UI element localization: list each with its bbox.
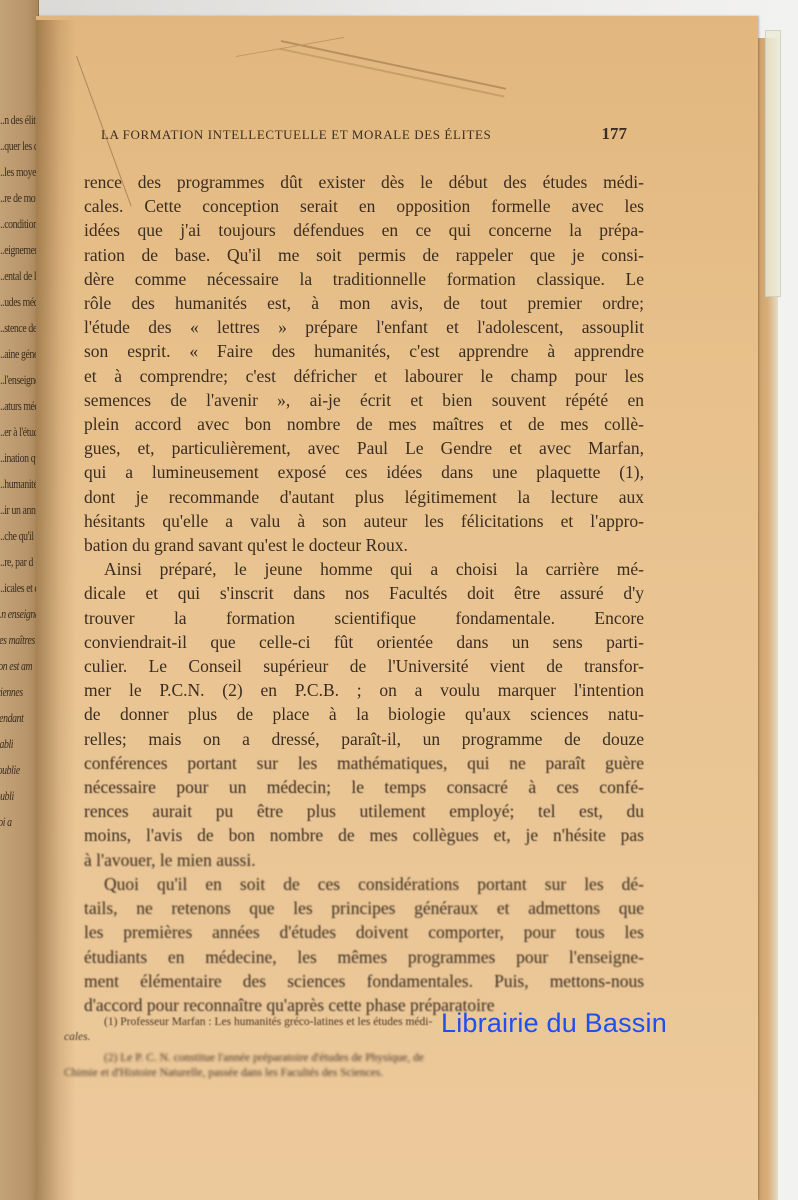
text-line: trouver la formation scientifique fondam… <box>84 606 644 630</box>
facing-page-text-fragment: ...che qu'il <box>0 528 34 544</box>
text-line: semences de l'avenir », ai-je écrit et b… <box>84 388 644 412</box>
text-line: relles; mais on a dressé, paraît-il, un … <box>84 727 644 751</box>
text-line: dère comme nécessaire la traditionnelle … <box>84 267 644 291</box>
facing-page-text-fragment: ...es maîtres <box>0 632 35 648</box>
facing-page-text-fragment: ...icales et d <box>0 580 39 596</box>
page-tear-mark <box>281 40 506 90</box>
text-line: conviendrait-il que celle-ci fût orienté… <box>84 630 644 654</box>
facing-page-text-fragment: ...re de mon <box>0 190 39 206</box>
text-line: Ainsi préparé, le jeune homme qui a choi… <box>84 557 644 581</box>
text-line: et à comprendre; c'est défricher et labo… <box>84 364 644 388</box>
facing-page-text-fragment: ...s oublie <box>0 762 19 778</box>
body-text: rence des programmes dût exister dès le … <box>84 170 644 1017</box>
gutter-shadow <box>36 20 76 1200</box>
text-line: ment élémentaire des sciences fondamenta… <box>84 969 644 993</box>
facing-page-text-fragment: ...ir un anné <box>0 502 39 518</box>
facing-page-text-fragment: ...ental de la <box>0 268 39 284</box>
text-line: rences aurait pu être plus utilement emp… <box>84 799 644 823</box>
facing-page-text-fragment: ...quoi a <box>0 814 11 830</box>
facing-page-fragment: ...n des élites...quer les dons...les mo… <box>0 0 39 1200</box>
text-line: idées que j'ai toujours défendues en ce … <box>84 218 644 242</box>
footnote-1-line-1: (1) Professeur Marfan : Les humanités gr… <box>104 1016 432 1028</box>
facing-page-text-fragment: ...l'enseignem <box>0 372 39 388</box>
text-line: rôle des humanités est, à mon avis, de t… <box>84 291 644 315</box>
text-line: conférences portant sur les mathématique… <box>84 751 644 775</box>
footnote-2: (2) Le P. C. N. constitue l'année prépar… <box>84 1051 654 1081</box>
watermark-librairie-du-bassin: Librairie du Bassin <box>441 1008 667 1039</box>
text-line: l'étude des « lettres » prépare l'enfant… <box>84 315 644 339</box>
facing-page-text-fragment: ...on est am <box>0 658 32 674</box>
text-line: à l'avouer, le mien aussi. <box>84 848 644 872</box>
text-line: culier. Le Conseil supérieur de l'Univer… <box>84 654 644 678</box>
text-line: dont je recommande d'autant plus légitim… <box>84 485 644 509</box>
footnote-2-line-2: Chimie et d'Histoire Naturelle, passée d… <box>64 1066 383 1081</box>
text-line: cales. Cette conception serait en opposi… <box>84 194 644 218</box>
text-line: étudiants en médecine, les mêmes program… <box>84 945 644 969</box>
text-line: les premières années d'études doivent co… <box>84 920 644 944</box>
text-line: Quoi qu'il en soit de ces considérations… <box>84 872 644 896</box>
page-number: 177 <box>602 124 628 144</box>
facing-page-text-fragment: ...ciennes <box>0 684 23 700</box>
paragraph: rence des programmes dût exister dès le … <box>84 170 644 557</box>
facing-page-text-fragment: ...aine génér <box>0 346 39 362</box>
facing-page-text-fragment: ...humanité <box>0 476 37 492</box>
page-tear-mark-secondary <box>236 37 345 57</box>
paragraph: Quoi qu'il en soit de ces considérations… <box>84 872 644 1017</box>
facing-page-text-fragment: ...les moyens d <box>0 164 39 180</box>
text-line: qui a lumineusement exposé ces idées dan… <box>84 460 644 484</box>
facing-page-text-fragment: ...cendant <box>0 710 23 726</box>
footnote-2-line-1: (2) Le P. C. N. constitue l'année prépar… <box>104 1052 424 1064</box>
paragraph: Ainsi préparé, le jeune homme qui a choi… <box>84 557 644 872</box>
text-line: gues, et, particulièrement, avec Paul Le… <box>84 436 644 460</box>
facing-page-text-fragment: ...eignement <box>0 242 39 258</box>
running-head: LA FORMATION INTELLECTUELLE ET MORALE DE… <box>101 124 627 144</box>
text-line: bation du grand savant qu'est le docteur… <box>84 533 644 557</box>
facing-page-text-fragment: ...s oubli <box>0 788 14 804</box>
text-line: moins, l'avis de bon nombre de mes collè… <box>84 823 644 847</box>
text-line: dicale et qui s'inscrit dans nos Faculté… <box>84 581 644 605</box>
facing-page-text-fragment: ...aturs méd <box>0 398 39 414</box>
facing-page-text-fragment: ...établi <box>0 736 13 752</box>
facing-page-text-fragment: ...udes médic <box>0 294 39 310</box>
facing-page-text-fragment: ...n enseigne <box>0 606 38 622</box>
text-line: plein accord avec bon nombre de mes maît… <box>84 412 644 436</box>
text-line: tails, ne retenons que les principes gén… <box>84 896 644 920</box>
text-line: hésitants qu'elle a valu à son auteur le… <box>84 509 644 533</box>
text-line: mer le P.C.N. (2) en P.C.B. ; on a voulu… <box>84 678 644 702</box>
text-line: nécessaire pour un médecin; le temps con… <box>84 775 644 799</box>
running-head-title: LA FORMATION INTELLECTUELLE ET MORALE DE… <box>101 127 491 143</box>
facing-page-text-fragment: ...quer les dons <box>0 138 39 154</box>
text-line: ration de base. Qu'il me soit permis de … <box>84 243 644 267</box>
facing-page-text-fragment: ...conditions <box>0 216 39 232</box>
facing-page-text-fragment: ...ination qu <box>0 450 39 466</box>
text-line: son esprit. « Faire des humanités, c'est… <box>84 339 644 363</box>
adhesive-tape-strip <box>765 30 781 297</box>
facing-page-text-fragment: ...er à l'étud <box>0 424 38 440</box>
facing-page-text-fragment: ...stence de l <box>0 320 39 336</box>
text-line: rence des programmes dût exister dès le … <box>84 170 644 194</box>
facing-page-text-fragment: ...n des élites <box>0 112 39 128</box>
facing-page-text-fragment: ...re, par d <box>0 554 33 570</box>
text-line: de donner plus de place à la biologie qu… <box>84 702 644 726</box>
